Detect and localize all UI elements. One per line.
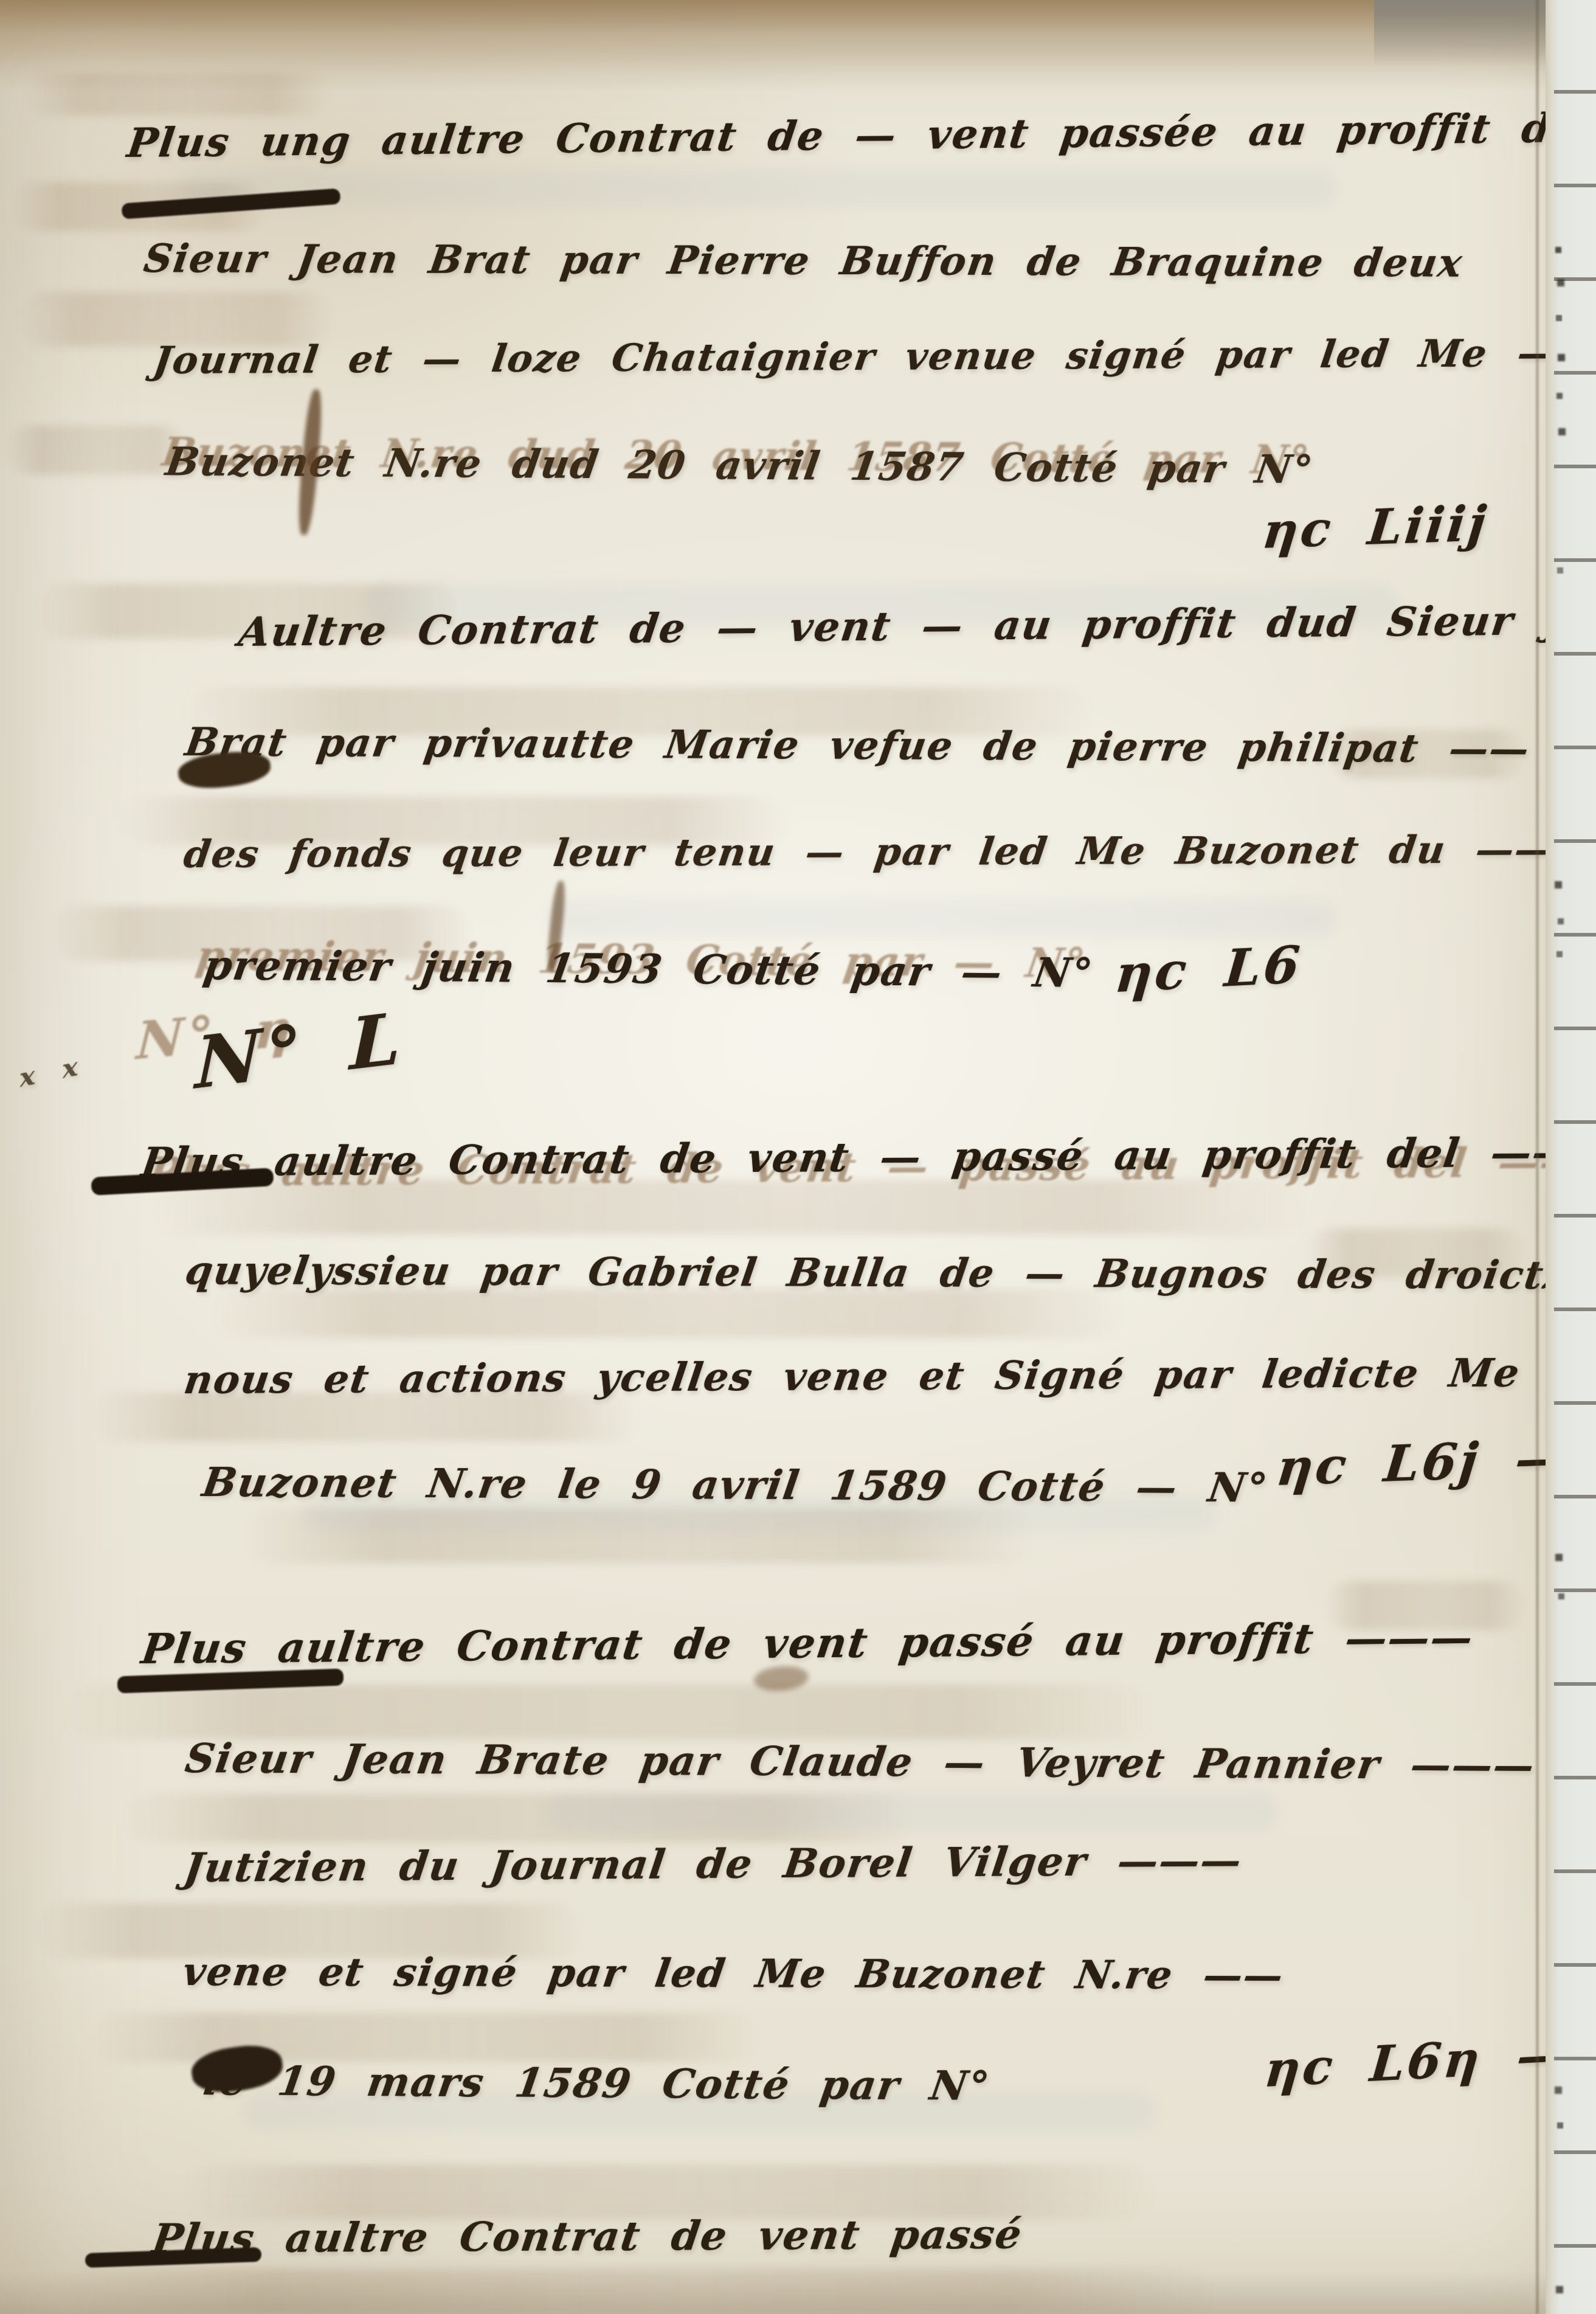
manuscript-line: Buzonet N.re dud 20 avril 1587 Cotté par… bbox=[163, 439, 1316, 493]
manuscript-line: Plus ung aultre Contrat de — vent passée… bbox=[125, 103, 1596, 167]
cote-number: ηc L6 bbox=[1113, 934, 1305, 1004]
margin-marks: x x bbox=[19, 1051, 80, 1093]
paper-wash bbox=[182, 170, 1338, 207]
page-bottom-edge-shadow bbox=[0, 2271, 1596, 2314]
adjacent-page-edge bbox=[1546, 0, 1596, 2314]
binding-ink-specks bbox=[1556, 0, 1560, 4]
manuscript-page: Plus ung aultre Contrat de — vent passée… bbox=[0, 0, 1596, 2314]
manuscript-line: premier juin 1593 Cotté par — N° bbox=[201, 941, 1096, 997]
page-top-edge-shadow bbox=[0, 0, 1596, 91]
page-crease bbox=[1536, 0, 1539, 2314]
manuscript-line: Sieur Jean Brate par Claude — Veyret Pan… bbox=[182, 1734, 1538, 1789]
cote-number: ηc Liiij bbox=[1260, 494, 1491, 559]
manuscript-line: nous et actions ycelles vene et Signé pa… bbox=[181, 1350, 1596, 1403]
manuscript-line: Journal et — loze Chataignier venue sign… bbox=[151, 331, 1596, 383]
manuscript-line: Brat par privautte Marie vefue de pierre… bbox=[182, 719, 1533, 772]
manuscript-line: des fonds que leur tenu — par led Me Buz… bbox=[181, 827, 1596, 876]
manuscript-line: Plus aultre Contrat de vent passé au pro… bbox=[139, 1613, 1477, 1674]
manuscript-line: Plus aultre Contrat de vent — passé au p… bbox=[139, 1129, 1577, 1186]
manuscript-line: quyelyssieu par Gabriel Bulla de — Bugno… bbox=[182, 1248, 1596, 1299]
manuscript-line: vene et signé par led Me Buzonet N.re —— bbox=[180, 1949, 1287, 1998]
manuscript-line: Buzonet N.re le 9 avril 1589 Cotté — N° bbox=[199, 1458, 1271, 1511]
paper-wash bbox=[547, 900, 1338, 937]
ink-flourish bbox=[85, 2247, 262, 2268]
bleedthrough-smudge bbox=[91, 2013, 760, 2062]
paper-wash bbox=[547, 1794, 1277, 1831]
manuscript-line: Sieur Jean Brat par Pierre Buffon de Bra… bbox=[141, 236, 1466, 286]
manuscript-line: Plus aultre Contrat de vent passé bbox=[150, 2211, 1026, 2262]
bleedthrough-smudge bbox=[213, 1289, 1125, 1338]
bleedthrough-smudge bbox=[61, 1685, 1155, 1739]
manuscript-line: le 19 mars 1589 Cotté par N° bbox=[201, 2057, 993, 2110]
manuscript-line: Jutizien du Journal de Borel Vilger ——— bbox=[181, 1837, 1245, 1891]
